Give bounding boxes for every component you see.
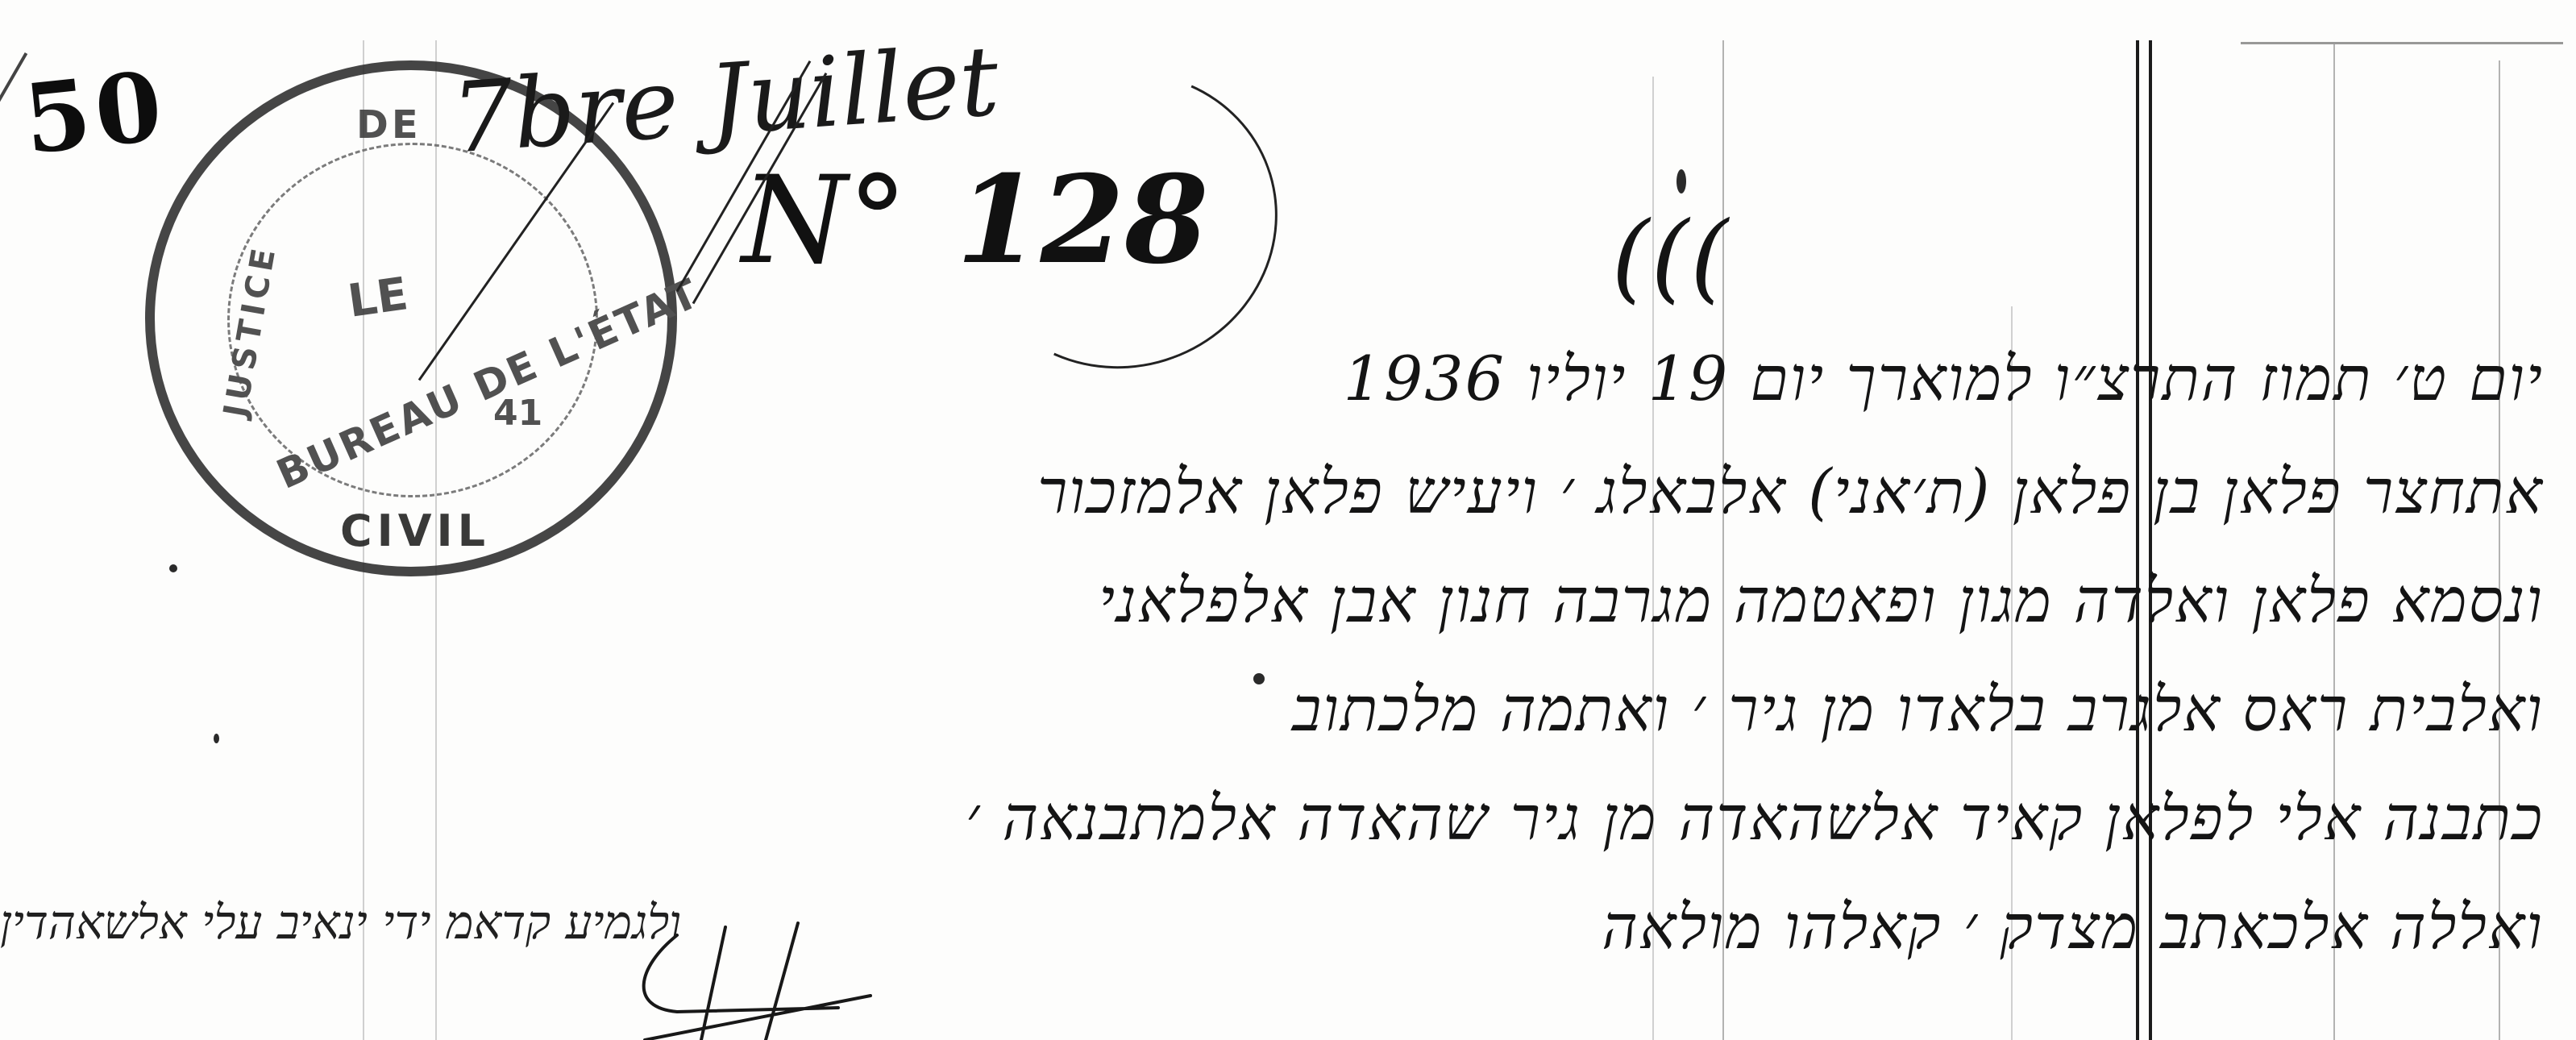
stamp-number-text: 41	[493, 393, 542, 434]
marginal-note: ולגמיע קדאמ ידי ינאיב עלי אלשאהדין	[0, 895, 681, 950]
body-line-1: יום ט׳ תמוז התרצ״ו למוארך יום 19 יוליו 1…	[1344, 343, 2544, 415]
top-right-marks: (((	[1612, 202, 1730, 314]
top-rule	[2241, 42, 2563, 44]
ruled-line	[1722, 40, 1724, 1040]
body-line-6: ואללה אלכאתב מצדק ׳ קאלהו מולאה	[1602, 891, 2544, 963]
stamp-top-text: DE	[356, 102, 422, 148]
folio-number: 50	[19, 49, 172, 176]
ink-speck	[169, 564, 177, 572]
double-rule-left	[2136, 40, 2139, 1040]
stamp-inner-ring	[227, 143, 598, 497]
body-line-4: ואלבית ראס אלגרב בלאדו מן גיר ׳ ואתמה מל…	[1292, 673, 2544, 746]
body-line-5: כתבנה אלי לפלאן קאיד אלשהאדה מן גיר שהאד…	[966, 782, 2544, 855]
body-line-2: אתחצר פלאן בן פלאן (ת׳אני) אלבאלג ׳ ויעי…	[1037, 456, 2544, 528]
signature-flourish	[629, 919, 991, 1040]
body-line-3: ונסמא פלאן ואלדה מגון ופאטמה מגרבה חנון …	[1099, 564, 2544, 637]
double-rule-right	[2149, 40, 2152, 1040]
ink-speck	[1676, 169, 1686, 193]
number-prefix: N°	[742, 151, 908, 291]
stamp-middle-text: LE	[345, 268, 411, 328]
scanned-document-page: 50 DE LE JUSTICE BUREAU DE L'ÉTAT 41 CIV…	[0, 0, 2576, 1040]
ink-speck	[214, 734, 219, 743]
stamp-bottom-text: CIVIL	[340, 505, 490, 556]
ink-speck	[1253, 673, 1265, 684]
